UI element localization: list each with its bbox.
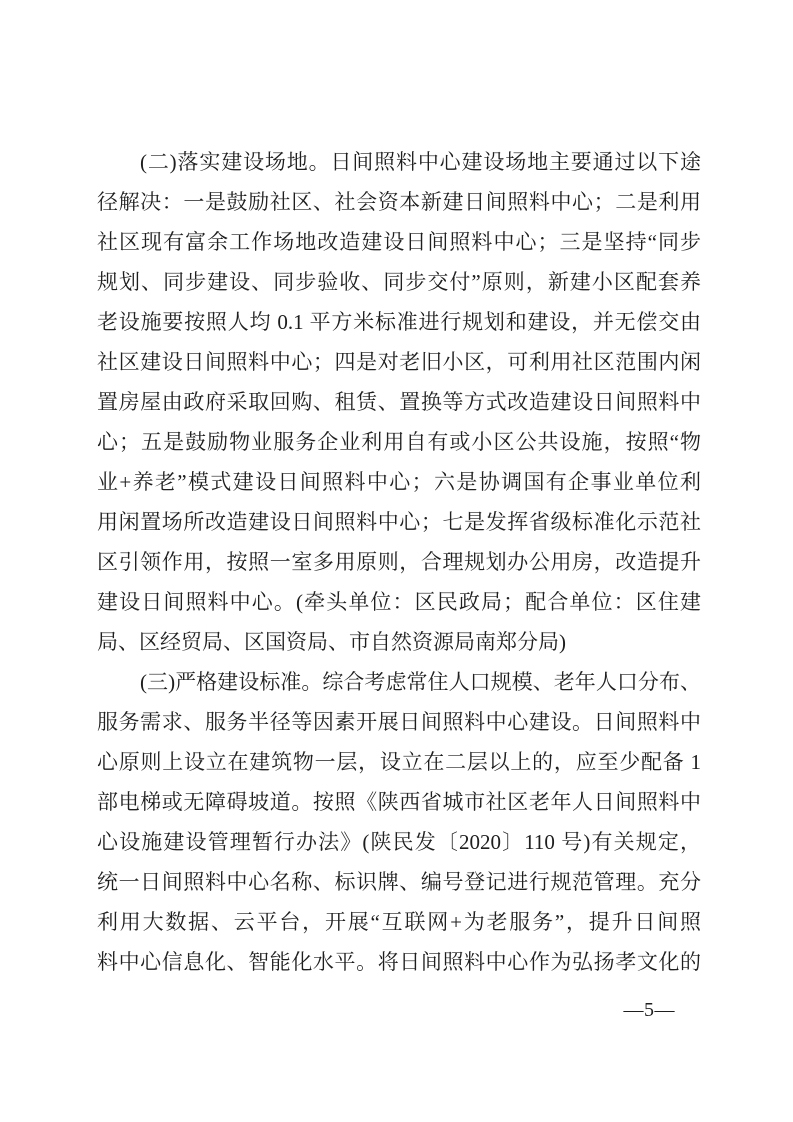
text-line: 局、区经贸局、区国资局、市自然资源局南郑分局) [97,622,701,662]
text-line: 业+养老”模式建设日间照料中心；六是协调国有企事业单位利 [97,462,701,502]
paragraph-text: 综合考虑常住人口规模、老年人口分布、 [322,670,701,694]
text-line: 心；五是鼓励物业服务企业利用自有或小区公共设施，按照“物 [97,422,701,462]
page-number: —5— [624,998,676,1022]
text-line: 用闲置场所改造建设日间照料中心；七是发挥省级标准化示范社 [97,502,701,542]
text-line: 社区建设日间照料中心；四是对老旧小区，可利用社区范围内闲 [97,342,701,382]
text-line: 统一日间照料中心名称、标识牌、编号登记进行规范管理。充分 [97,862,701,902]
text-line: 老设施要按照人均 0.1 平方米标准进行规划和建设，并无偿交由 [97,302,701,342]
paragraph-heading: (二)落实建设场地。 [140,150,330,174]
paragraph-heading: (三)严格建设标准。 [140,670,322,694]
document-page: (二)落实建设场地。日间照料中心建设场地主要通过以下途 径解决：一是鼓励社区、社… [0,0,793,1122]
text-line: 径解决：一是鼓励社区、社会资本新建日间照料中心；二是利用 [97,182,701,222]
text-line: 规划、同步建设、同步验收、同步交付”原则，新建小区配套养 [97,262,701,302]
text-line: 心设施建设管理暂行办法》(陕民发〔2020〕110 号)有关规定， [97,822,701,862]
text-line: 服务需求、服务半径等因素开展日间照料中心建设。日间照料中 [97,702,701,742]
text-line: 置房屋由政府采取回购、租赁、置换等方式改造建设日间照料中 [97,382,701,422]
document-text-block: (二)落实建设场地。日间照料中心建设场地主要通过以下途 径解决：一是鼓励社区、社… [97,142,701,982]
text-line: 心原则上设立在建筑物一层，设立在二层以上的，应至少配备 1 [97,742,701,782]
text-line: (二)落实建设场地。日间照料中心建设场地主要通过以下途 [97,142,701,182]
text-line: (三)严格建设标准。综合考虑常住人口规模、老年人口分布、 [97,662,701,702]
text-line: 社区现有富余工作场地改造建设日间照料中心；三是坚持“同步 [97,222,701,262]
text-line: 利用大数据、云平台，开展“互联网+为老服务”，提升日间照 [97,902,701,942]
text-line: 部电梯或无障碍坡道。按照《陕西省城市社区老年人日间照料中 [97,782,701,822]
text-line: 建设日间照料中心。(牵头单位：区民政局；配合单位：区住建 [97,582,701,622]
text-line: 区引领作用，按照一室多用原则，合理规划办公用房，改造提升 [97,542,701,582]
text-line: 料中心信息化、智能化水平。将日间照料中心作为弘扬孝文化的 [97,942,701,982]
paragraph-text: 日间照料中心建设场地主要通过以下途 [330,150,701,174]
